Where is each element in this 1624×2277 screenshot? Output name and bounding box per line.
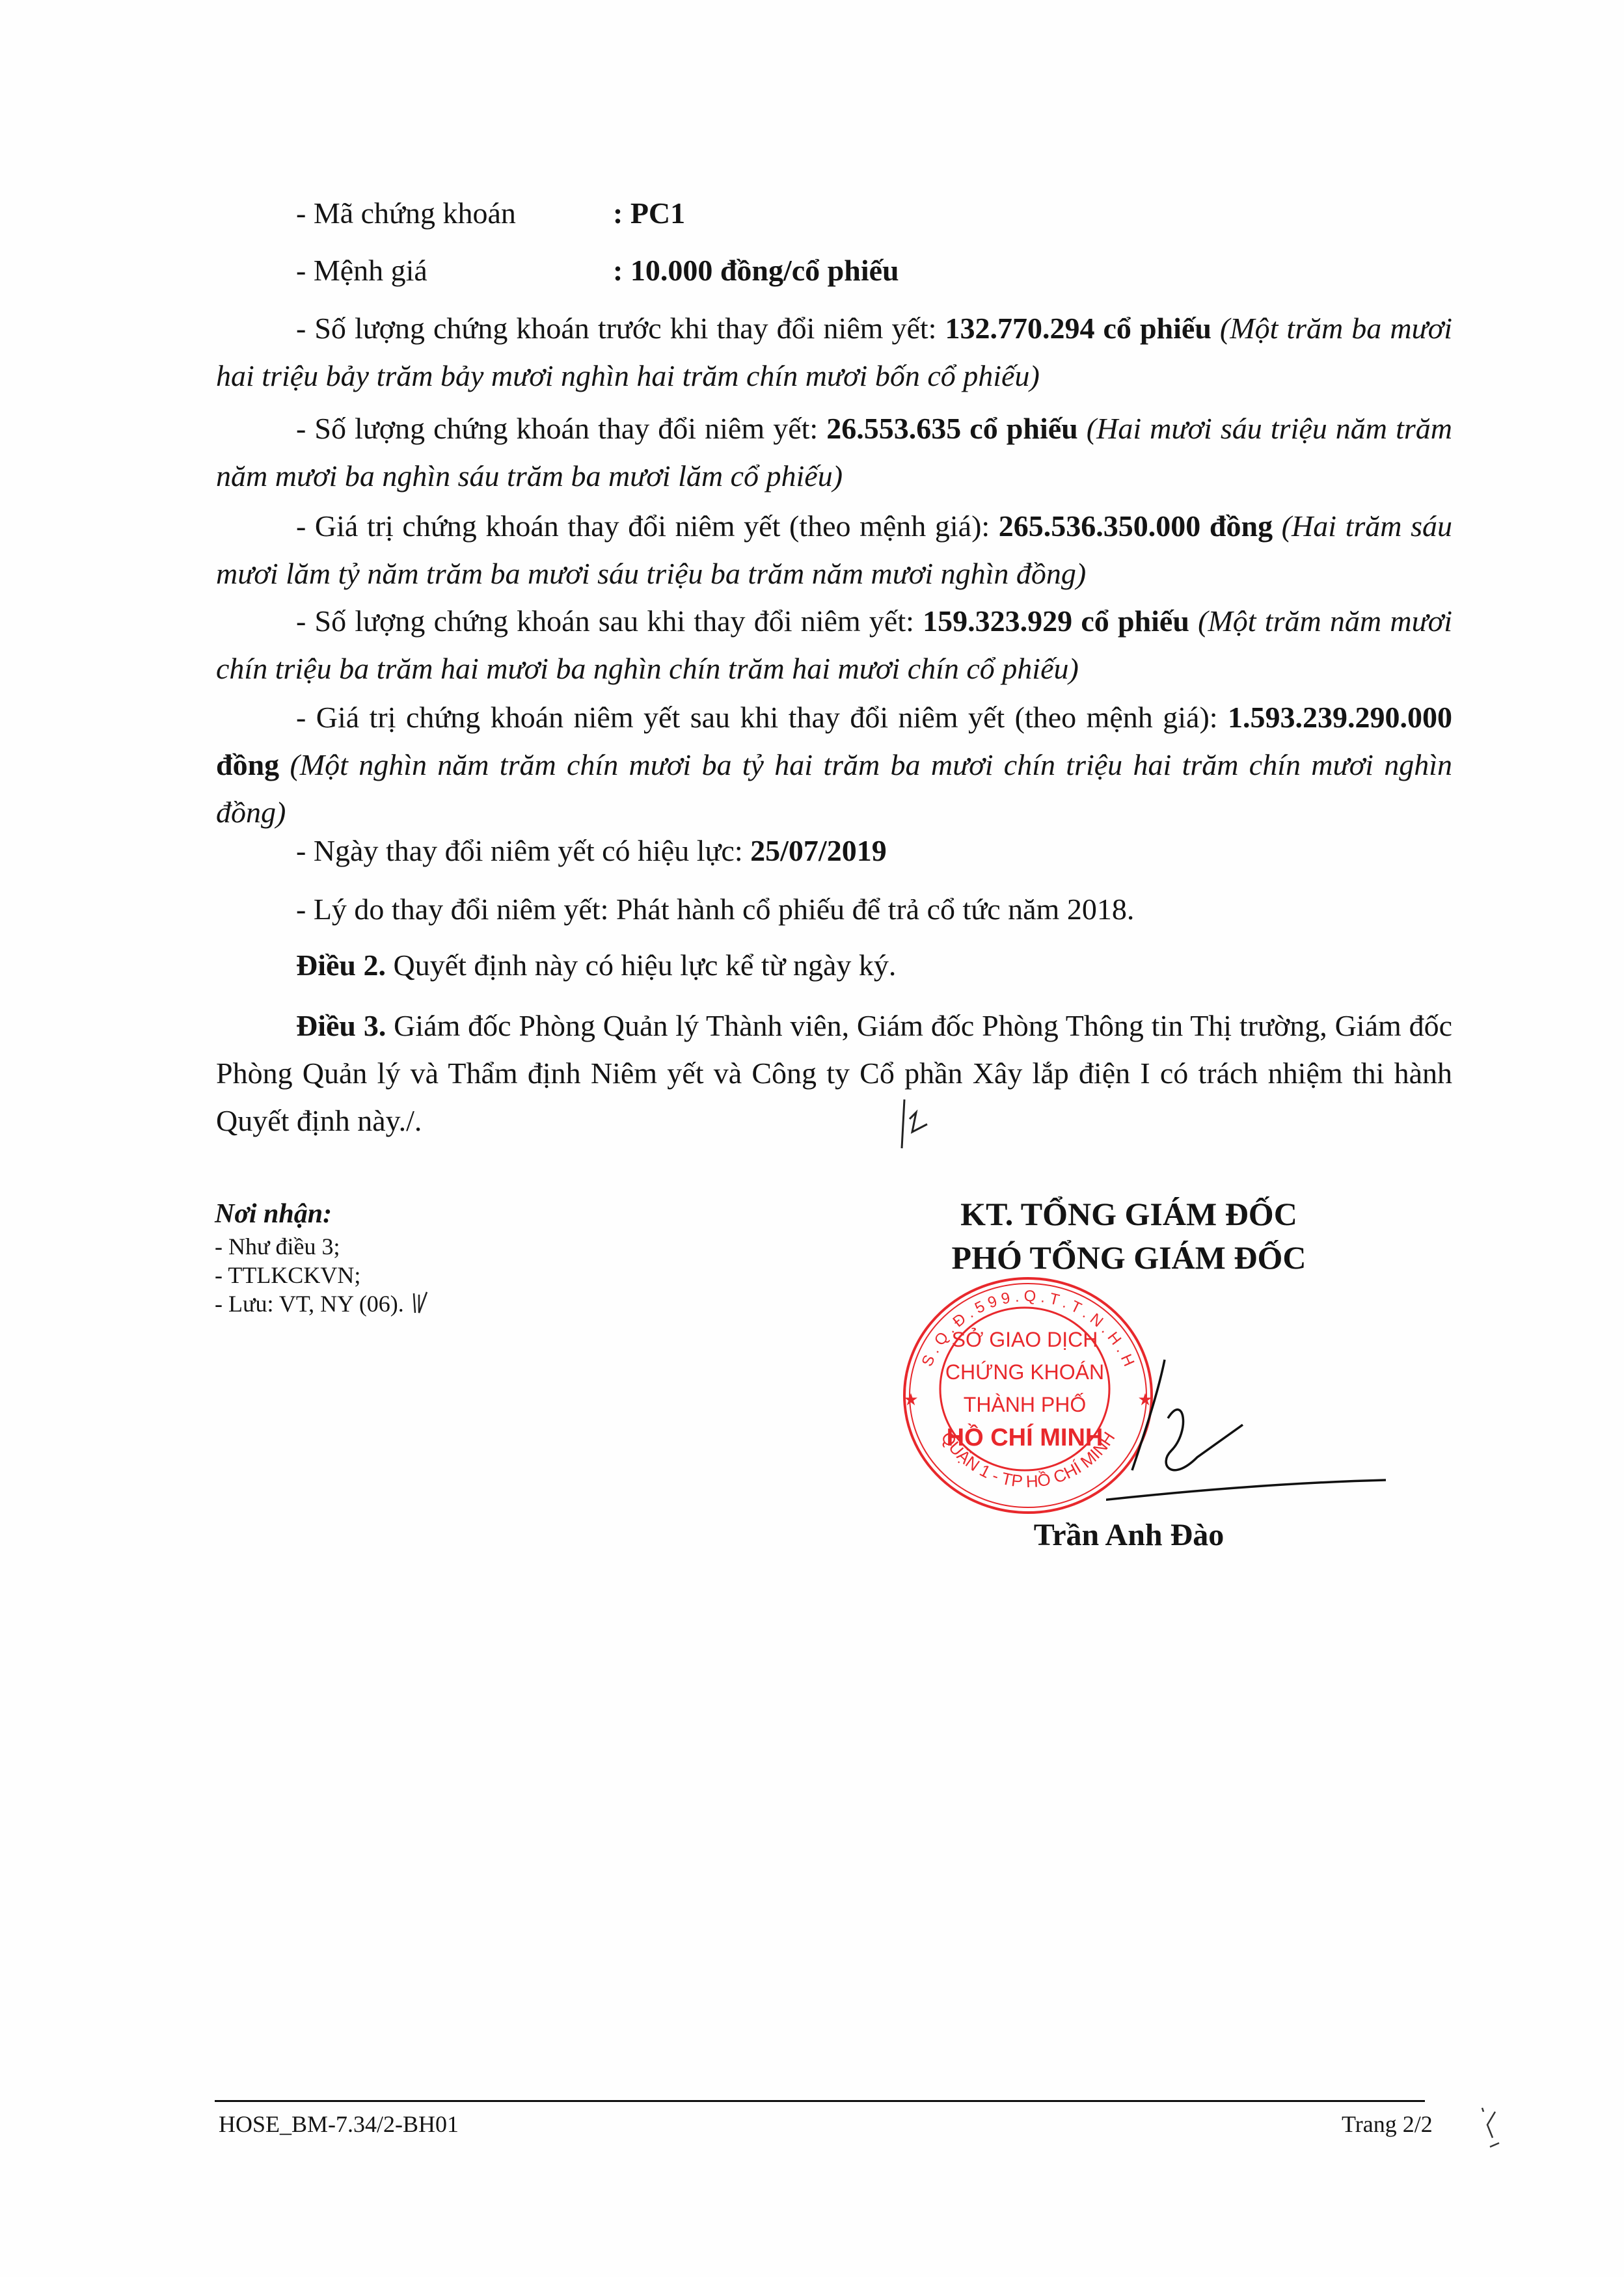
- signer-name: Trần Anh Đào: [869, 1517, 1389, 1553]
- recipients-title: Nơi nhận:: [215, 1196, 429, 1232]
- page-number: Trang 2/2: [1342, 2110, 1433, 2138]
- item-value: 159.323.929 cổ phiếu: [923, 604, 1189, 638]
- effective-date-label: - Ngày thay đổi niêm yết có hiệu lực:: [296, 834, 750, 867]
- item-value-after: - Giá trị chứng khoán niêm yết sau khi t…: [216, 694, 1452, 836]
- article-3-text: Giám đốc Phòng Quản lý Thành viên, Giám …: [216, 1009, 1452, 1137]
- effective-date-value: 25/07/2019: [750, 834, 887, 867]
- item-value: 26.553.635 cổ phiếu: [826, 412, 1078, 445]
- stamp-line-2: CHỨNG KHOÁN: [945, 1360, 1104, 1384]
- spec-value-stock-code: : PC1: [613, 195, 685, 232]
- effective-date: - Ngày thay đổi niêm yết có hiệu lực: 25…: [296, 833, 887, 869]
- item-shares-changed: - Số lượng chứng khoán thay đổi niêm yết…: [216, 405, 1452, 500]
- recipient-item: - TTLKCKVN;: [215, 1261, 429, 1289]
- initials-mark: [1477, 2105, 1503, 2151]
- footer-divider: [215, 2100, 1425, 2102]
- spec-label-par-value: - Mệnh giá: [296, 252, 427, 289]
- item-value: 132.770.294 cổ phiếu: [945, 312, 1211, 345]
- item-text: - Giá trị chứng khoán niêm yết sau khi t…: [296, 701, 1228, 734]
- listing-reason: - Lý do thay đổi niêm yết: Phát hành cổ …: [296, 891, 1134, 928]
- item-text: - Số lượng chứng khoán sau khi thay đổi …: [296, 604, 923, 638]
- recipients-block: Nơi nhận: - Như điều 3; - TTLKCKVN; - Lư…: [215, 1196, 429, 1318]
- article-2-heading: Điều 2.: [296, 949, 386, 982]
- item-text: - Số lượng chứng khoán thay đổi niêm yết…: [296, 412, 826, 445]
- handwritten-signature: [1106, 1353, 1405, 1522]
- item-words: (Một nghìn năm trăm chín mươi ba tỷ hai …: [216, 748, 1452, 829]
- initials-mark: [410, 1289, 429, 1315]
- form-code: HOSE_BM-7.34/2-BH01: [219, 2110, 459, 2138]
- stamp-line-4: HỒ CHÍ MINH: [947, 1423, 1103, 1451]
- recipient-item: - Như điều 3;: [215, 1232, 429, 1261]
- recipient-item: - Lưu: VT, NY (06).: [215, 1289, 429, 1318]
- stamp-line-3: THÀNH PHỐ: [964, 1393, 1086, 1416]
- item-shares-after: - Số lượng chứng khoán sau khi thay đổi …: [216, 597, 1452, 692]
- recipient-item-text: - Lưu: VT, NY (06).: [215, 1291, 404, 1317]
- item-shares-before: - Số lượng chứng khoán trước khi thay đổ…: [216, 304, 1452, 399]
- item-value-changed: - Giá trị chứng khoán thay đổi niêm yết …: [216, 502, 1452, 597]
- article-2: Điều 2. Quyết định này có hiệu lực kể từ…: [296, 947, 896, 984]
- item-value: 265.536.350.000 đồng: [999, 509, 1273, 543]
- signature-title-2: PHÓ TỔNG GIÁM ĐỐC: [869, 1237, 1389, 1278]
- spec-value-par-value: : 10.000 đồng/cổ phiếu: [613, 252, 899, 289]
- article-3: Điều 3. Giám đốc Phòng Quản lý Thành viê…: [216, 1002, 1452, 1144]
- star-icon: ★: [903, 1390, 918, 1409]
- item-text: - Giá trị chứng khoán thay đổi niêm yết …: [296, 509, 999, 543]
- initials-mark: [898, 1093, 937, 1152]
- spec-label-stock-code: - Mã chứng khoán: [296, 195, 516, 232]
- signature-title-1: KT. TỔNG GIÁM ĐỐC: [869, 1194, 1389, 1234]
- article-3-heading: Điều 3.: [296, 1009, 386, 1042]
- article-2-text: Quyết định này có hiệu lực kể từ ngày ký…: [386, 949, 896, 982]
- document-page: - Mã chứng khoán : PC1 - Mệnh giá : 10.0…: [0, 0, 1624, 2277]
- item-text: - Số lượng chứng khoán trước khi thay đổ…: [296, 312, 945, 345]
- stamp-line-1: SỞ GIAO DỊCH: [952, 1328, 1098, 1351]
